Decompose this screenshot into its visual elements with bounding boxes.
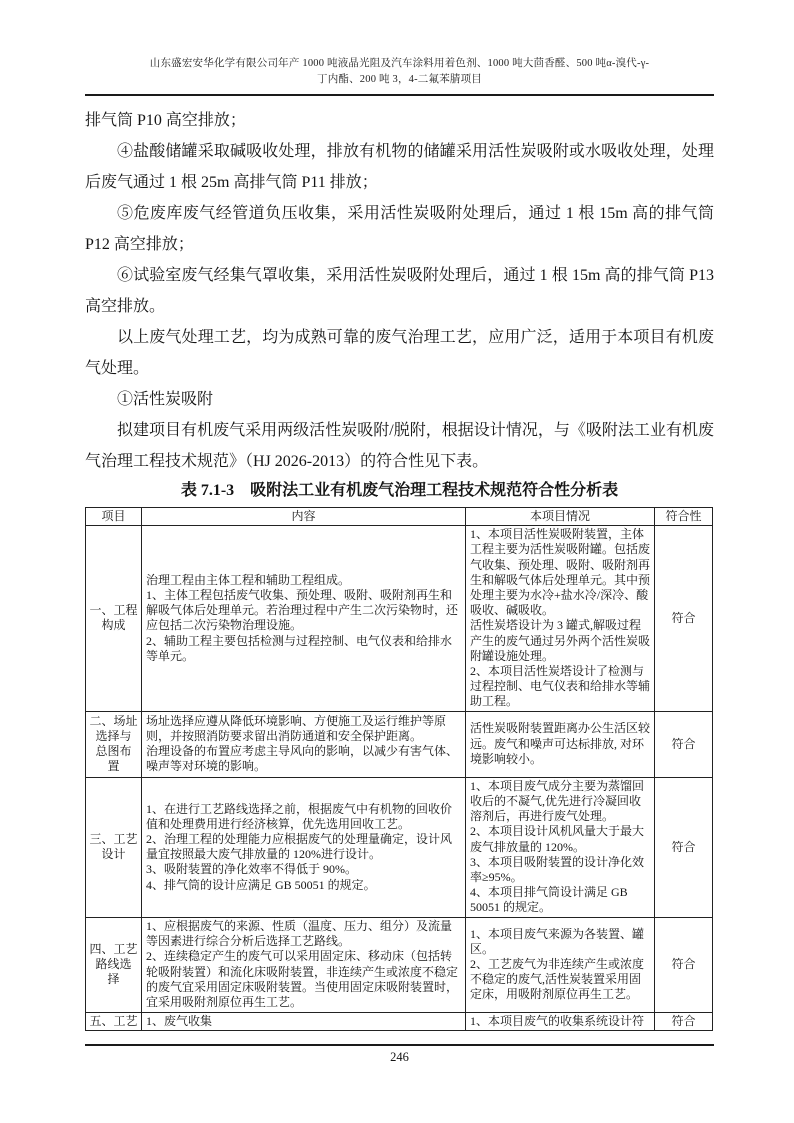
row-item-label: 一、工程 构成 [88,603,139,633]
table-row: 二、场址 选择与 总图布 置 场址选择应遵从降低环境影响、方便施工及运行维护等原… [86,711,713,777]
row-content-text: 1、应根据废气的来源、性质（温度、压力、组分）及流量等因素进行综合分析后选择工艺… [146,919,461,1010]
row-item-label: 五、工艺 [88,1014,139,1029]
row-project-text: 1、本项目废气来源为各装置、罐区。 2、工艺废气为非连续产生或浓度不稳定的废气,… [470,927,650,1003]
row-item-label: 二、场址 选择与 总图布 置 [88,714,139,775]
paragraph: ④盐酸储罐采取碱吸收处理，排放有机物的储罐采用活性炭吸附或水吸收处理，处理后废气… [85,136,714,198]
cell-compliance: 符合 [655,526,713,711]
col-header-content: 内容 [142,508,466,526]
row-content-text: 1、废气收集 [146,1014,461,1029]
row-compliance-value: 符合 [659,957,708,972]
cell-compliance: 符合 [655,917,713,1012]
row-project-text: 1、本项目废气成分主要为蒸馏回收后的不凝气,优先进行冷凝回收溶剂后，再进行废气处… [470,779,650,916]
paragraph: 拟建项目有机废气采用两级活性炭吸附/脱附，根据设计情况，与《吸附法工业有机废气治… [85,415,714,477]
cell-project-status: 1、本项目废气成分主要为蒸馏回收后的不凝气,优先进行冷凝回收溶剂后，再进行废气处… [466,777,655,917]
cell-content: 1、在进行工艺路线选择之前，根据废气中有机物的回收价值和处理费用进行经济核算，优… [142,777,466,917]
cell-item: 三、工艺 设计 [86,777,142,917]
cell-content: 治理工程由主体工程和辅助工程组成。 1、主体工程包括废气收集、预处理、吸附、吸附… [142,526,466,711]
row-content-text: 场址选择应遵从降低环境影响、方便施工及运行维护等原则，并按照消防要求留出消防通道… [146,714,461,775]
row-content-text: 治理工程由主体工程和辅助工程组成。 1、主体工程包括废气收集、预处理、吸附、吸附… [146,573,461,664]
paragraph: 以上废气处理工艺，均为成熟可靠的废气治理工艺，应用广泛，适用于本项目有机废气处理… [85,322,714,384]
paragraph: ⑤危废库废气经管道负压收集，采用活性炭吸附处理后，通过 1 根 15m 高的排气… [85,198,714,260]
row-compliance-value: 符合 [659,611,708,626]
row-compliance-value: 符合 [659,1014,708,1029]
cell-project-status: 1、本项目废气的收集系统设计符 [466,1012,655,1030]
cell-project-status: 1、本项目活性炭吸附装置，主体工程主要为活性炭吸附罐。包括废气收集、预处理、吸附… [466,526,655,711]
col-header-project-status: 本项目情况 [466,508,655,526]
header-line-2: 丁内酯、200 吨 3，4-二氟苯腈项目 [85,72,714,88]
cell-content: 1、应根据废气的来源、性质（温度、压力、组分）及流量等因素进行综合分析后选择工艺… [142,917,466,1012]
row-project-text: 1、本项目废气的收集系统设计符 [470,1014,650,1029]
document-body: 排气筒 P10 高空排放； ④盐酸储罐采取碱吸收处理，排放有机物的储罐采用活性炭… [85,105,714,477]
row-item-label: 三、工艺 设计 [88,832,139,862]
cell-item: 一、工程 构成 [86,526,142,711]
row-project-text: 1、本项目活性炭吸附装置，主体工程主要为活性炭吸附罐。包括废气收集、预处理、吸附… [470,527,650,709]
table-title: 表 7.1-3 吸附法工业有机废气治理工程技术规范符合性分析表 [85,479,714,503]
page-header: 山东盛宏安华化学有限公司年产 1000 吨液晶光阻及汽车涂料用着色剂、1000 … [85,56,714,88]
paragraph: ①活性炭吸附 [85,384,714,415]
row-item-label: 四、工艺 路线选 择 [88,942,139,988]
paragraph: ⑥试验室废气经集气罩收集，采用活性炭吸附处理后，通过 1 根 15m 高的排气筒… [85,260,714,322]
cell-item: 四、工艺 路线选 择 [86,917,142,1012]
cell-content: 场址选择应遵从降低环境影响、方便施工及运行维护等原则，并按照消防要求留出消防通道… [142,711,466,777]
cell-item: 五、工艺 [86,1012,142,1030]
cell-compliance: 符合 [655,777,713,917]
table-row: 一、工程 构成 治理工程由主体工程和辅助工程组成。 1、主体工程包括废气收集、预… [86,526,713,711]
row-compliance-value: 符合 [659,840,708,855]
row-project-text: 活性炭吸附装置距离办公生活区较远。废气和噪声可达标排放, 对环境影响较小。 [470,721,650,767]
page-number: 246 [85,1046,714,1065]
table-row: 四、工艺 路线选 择 1、应根据废气的来源、性质（温度、压力、组分）及流量等因素… [86,917,713,1012]
cell-item: 二、场址 选择与 总图布 置 [86,711,142,777]
table-row: 五、工艺 1、废气收集 1、本项目废气的收集系统设计符 符合 [86,1012,713,1030]
cell-project-status: 活性炭吸附装置距离办公生活区较远。废气和噪声可达标排放, 对环境影响较小。 [466,711,655,777]
row-compliance-value: 符合 [659,737,708,752]
document-page: 山东盛宏安华化学有限公司年产 1000 吨液晶光阻及汽车涂料用着色剂、1000 … [0,0,794,1123]
cell-content: 1、废气收集 [142,1012,466,1030]
page-footer: 246 [85,1044,714,1065]
paragraph: 排气筒 P10 高空排放； [85,105,714,136]
col-header-item: 项目 [86,508,142,526]
table-header-row: 项目 内容 本项目情况 符合性 [86,508,713,526]
header-line-1: 山东盛宏安华化学有限公司年产 1000 吨液晶光阻及汽车涂料用着色剂、1000 … [85,56,714,72]
cell-compliance: 符合 [655,1012,713,1030]
header-divider [85,94,714,96]
cell-compliance: 符合 [655,711,713,777]
cell-project-status: 1、本项目废气来源为各装置、罐区。 2、工艺废气为非连续产生或浓度不稳定的废气,… [466,917,655,1012]
col-header-compliance: 符合性 [655,508,713,526]
table-row: 三、工艺 设计 1、在进行工艺路线选择之前，根据废气中有机物的回收价值和处理费用… [86,777,713,917]
compliance-table: 项目 内容 本项目情况 符合性 一、工程 构成 治理工程由主体工程和辅助工程组成… [85,507,713,1031]
row-content-text: 1、在进行工艺路线选择之前，根据废气中有机物的回收价值和处理费用进行经济核算，优… [146,802,461,893]
